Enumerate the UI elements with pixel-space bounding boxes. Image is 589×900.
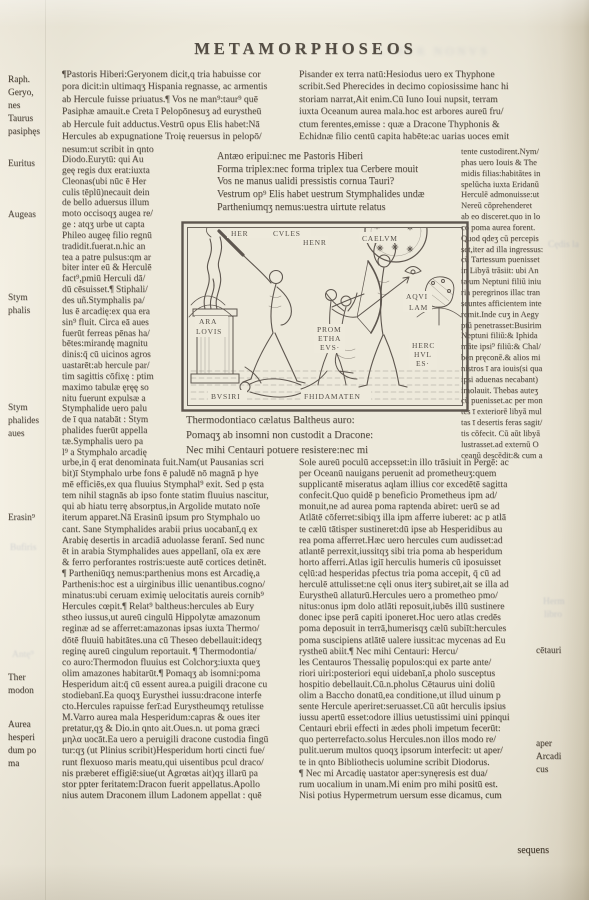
woodcut-label-lam: LAM — [409, 303, 428, 312]
right-column-top: Pisander ex terra natū:Hesiodus uero ex … — [299, 69, 551, 144]
woodcut-label-prom: PROM — [317, 325, 341, 334]
woodcut-label-herc: HERC — [412, 341, 435, 350]
showthrough-ghost: Bufiris — [10, 543, 36, 553]
left-column-top: ¶Pastoris Hiberi:Geryonem dicit,q tria h… — [62, 69, 312, 156]
catchword: sequens — [460, 845, 549, 856]
woodcut-label-hvl: HVL — [414, 350, 432, 359]
atlas-figure — [359, 235, 407, 387]
margin-note-geryones: Raph. Geryo, nes Taurus pasiphęs — [8, 74, 62, 139]
woodcut-label-es: ES· — [416, 359, 430, 368]
hercules-club-figure — [219, 231, 305, 383]
running-title: METAMORPHOSEOS — [62, 39, 549, 59]
woodcut-label-iovis: LOVIS — [196, 327, 222, 336]
woodcut-label-caelvm: CAELVM — [362, 234, 398, 243]
woodcut-label-henr: HENR — [303, 238, 327, 247]
margin-note-erasinus: Erasin⁹ — [8, 512, 62, 525]
eagle-icon — [405, 267, 421, 275]
woodcut-illustration: HER CVLES HENR CAELVM AQVI LAM PROM ETHA… — [181, 221, 469, 412]
margin-note-stymphalis: Stym phalis — [8, 292, 62, 318]
margin-note-aurea-hesperidum: Aurea hesperi dum po ma — [8, 719, 62, 771]
scanned-book-page: LIBER NONVS Cędis la Bufiris Antę⁹ Herm … — [0, 0, 589, 900]
woodcut-label-fhidamaten: FHIDAMATEN — [304, 392, 361, 401]
margin-note-thermodon: Ther modon — [8, 672, 62, 698]
verse-block-top: Antæo eripui:nec me Pastoris Hiberi Form… — [217, 151, 469, 215]
right-narrow-column: tente custodirent.Nym/ phas uero Iouis &… — [461, 146, 555, 460]
showthrough-ghost: Antę⁹ — [12, 650, 34, 660]
margin-note-augeas: Augeas — [8, 209, 62, 222]
woodcut-label-etha: ETHA — [318, 334, 341, 343]
woodcut-label-aqvi: AQVI — [406, 292, 428, 301]
right-column-bottom: Sole aureū poculū accepsset:in illo trās… — [299, 457, 551, 801]
margin-note-euritus: Euritus — [8, 158, 62, 171]
woodcut-label-her: HER — [231, 229, 248, 238]
margin-note-stymphalides: Stym phalides aues — [8, 402, 62, 441]
verse-block-below-woodcut: Thermodontiaco cælatus Baltheus auro: Po… — [186, 413, 430, 458]
woodcut-label-ara: ARA — [199, 317, 217, 326]
woodcut-label-evs: EVS· — [320, 343, 340, 352]
left-narrow-column: Diodo.Eurytū: qui Au geę regis dux erat:… — [62, 155, 186, 459]
woodcut-label-bvsiri: BVSIRI — [211, 392, 240, 401]
woodcut-label-cvles: CVLES — [273, 229, 301, 238]
left-column-bottom: urbe,in q̄ erat denominata fuit.Nam(ut P… — [62, 457, 312, 801]
